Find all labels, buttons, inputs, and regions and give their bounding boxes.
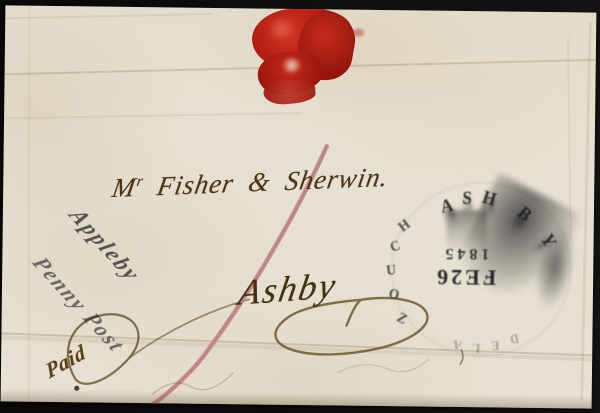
datestamp-arc-letter: L (472, 340, 481, 357)
red-wax-seal (241, 5, 372, 110)
paper-surface: Mr Fisher & Sherwin. Ashby Paid Appleby … (1, 5, 597, 408)
seal-gap (282, 58, 302, 73)
honorific-superscript: r (135, 174, 145, 190)
datestamp-arc-letter: U (386, 262, 397, 280)
datestamp-arc-letter: E (491, 337, 500, 353)
datestamp-ink-smear-drag (446, 210, 487, 262)
scan-background: Mr Fisher & Sherwin. Ashby Paid Appleby … (0, 0, 600, 413)
seal-smudge (352, 29, 364, 37)
seal-highlight (266, 18, 296, 40)
address-destination: Ashby (235, 264, 340, 314)
datestamp-arc-letter: S (462, 188, 473, 210)
letter-paper: Mr Fisher & Sherwin. Ashby Paid Appleby … (1, 5, 597, 408)
honorific: M (110, 172, 139, 203)
seal-blob-drip (263, 78, 316, 105)
